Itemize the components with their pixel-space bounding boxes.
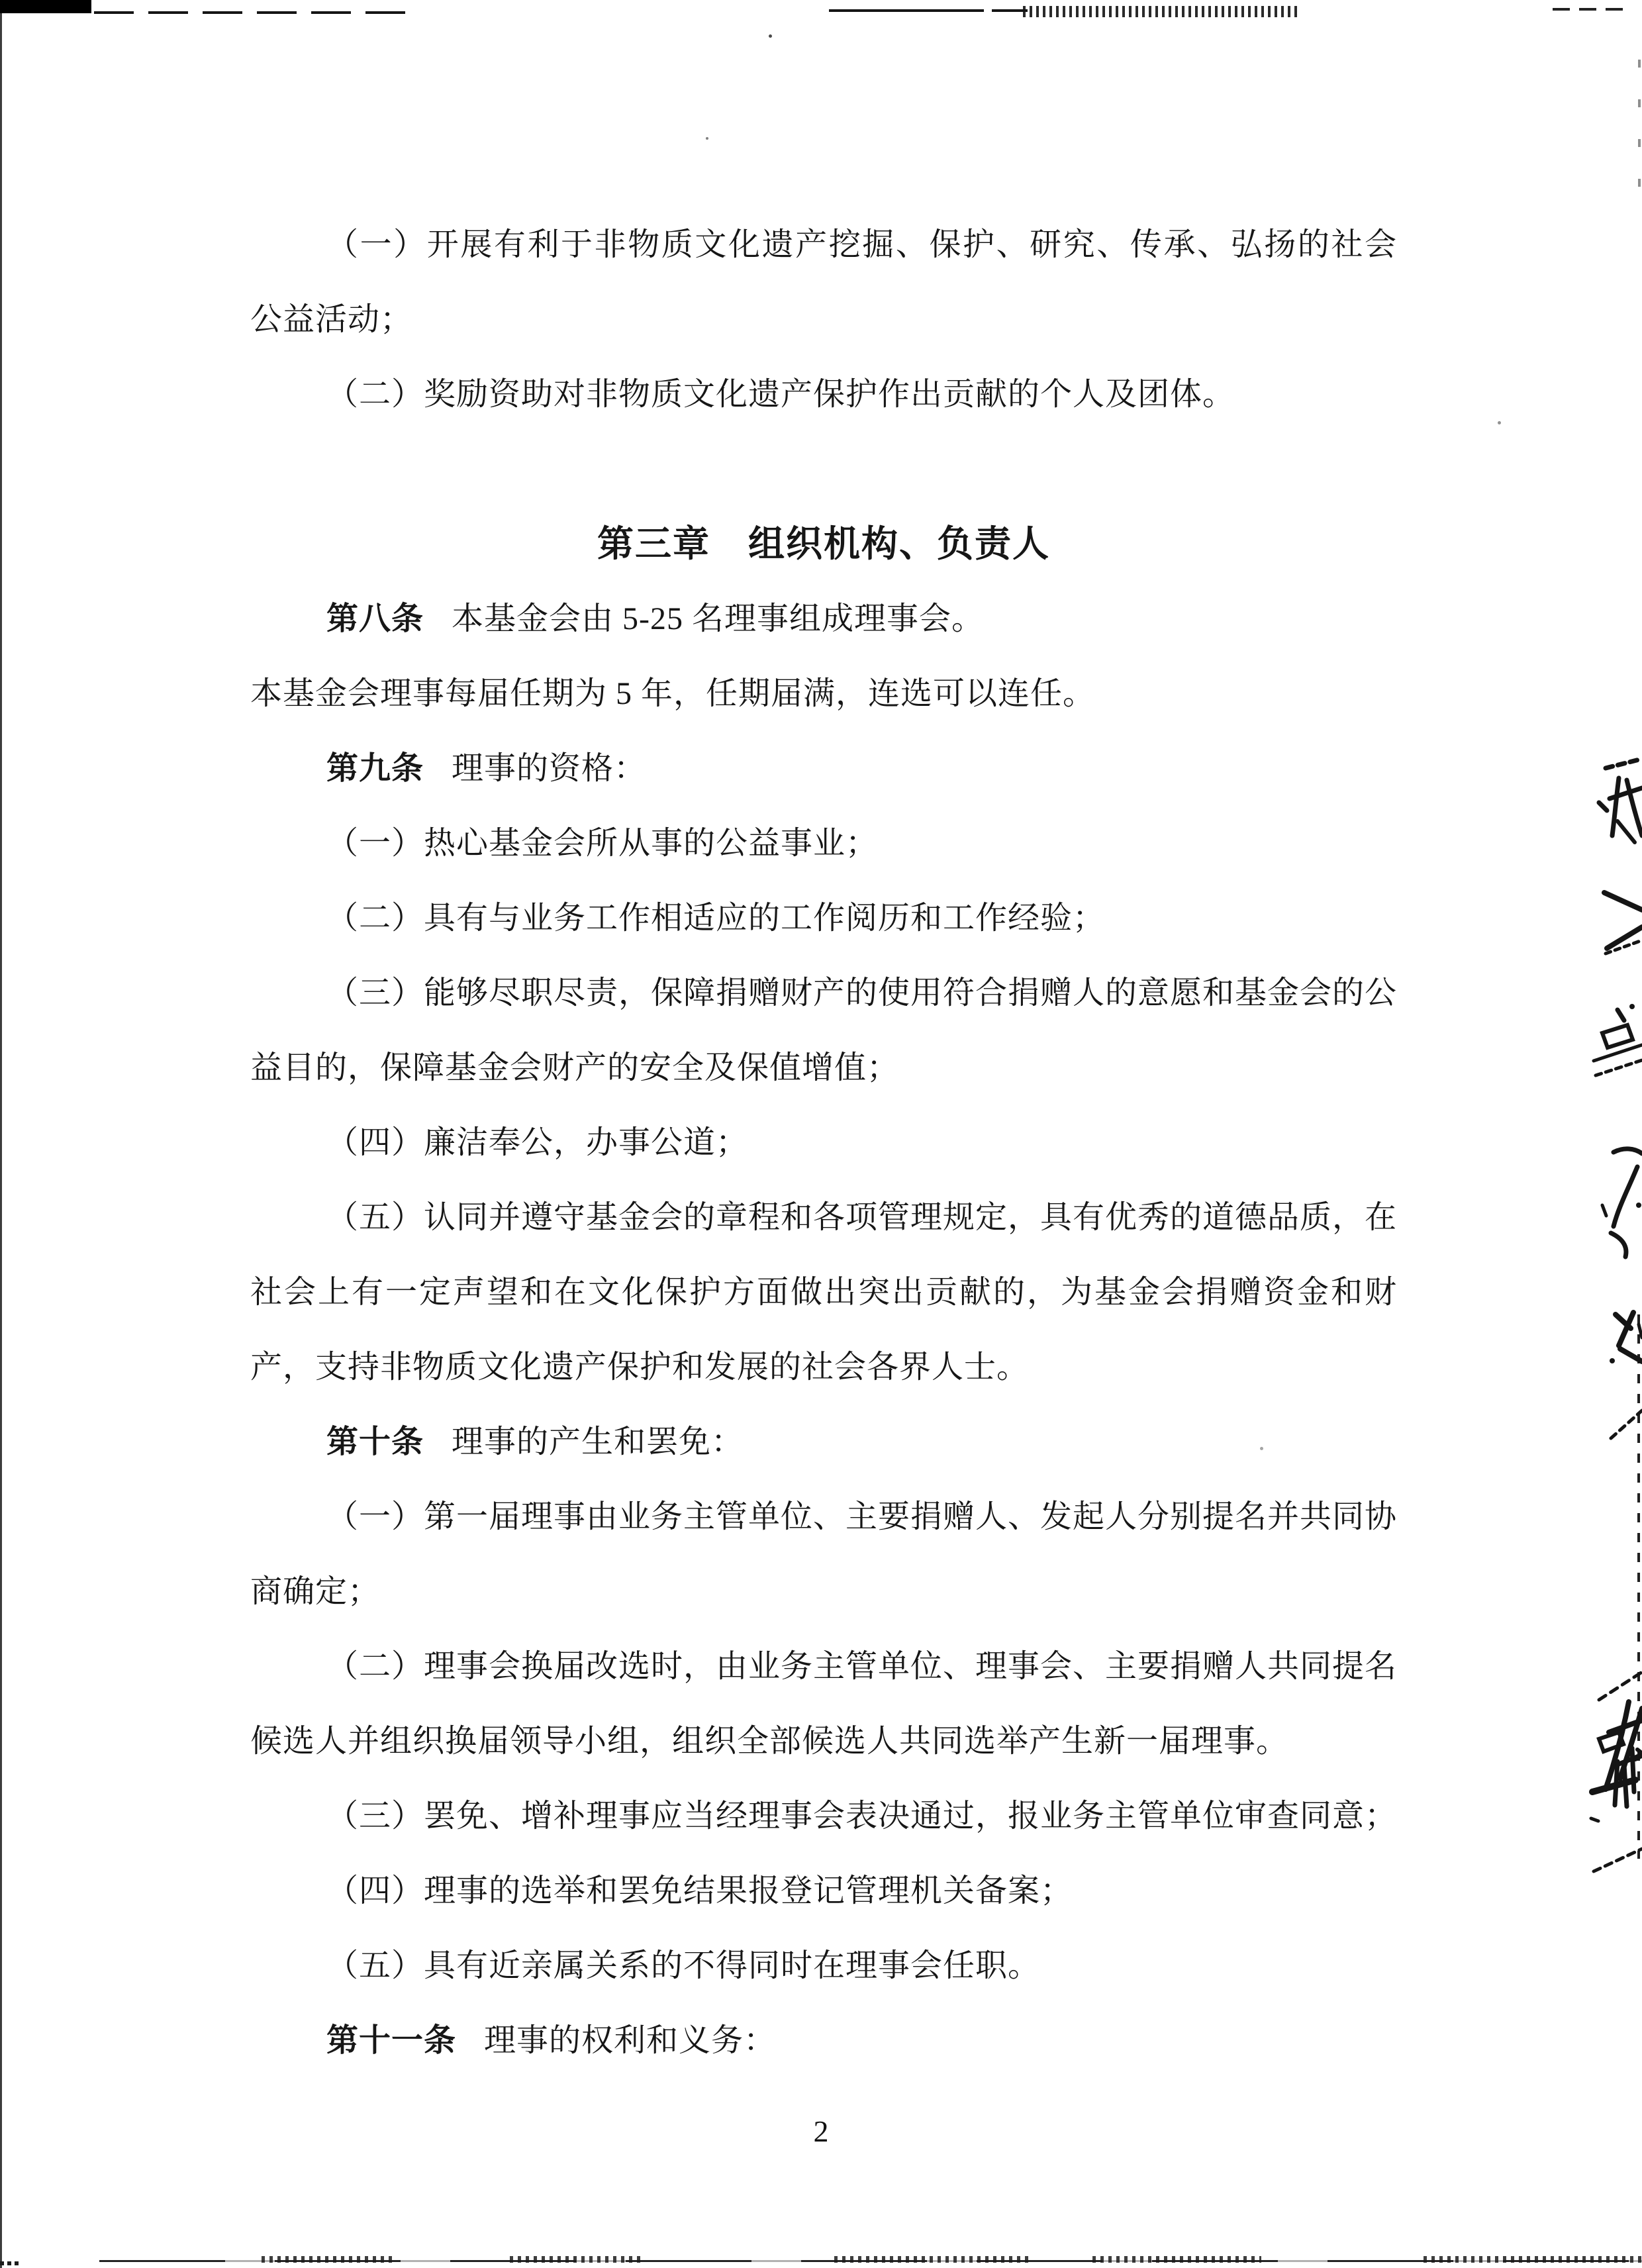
document-body: （一）开展有利于非物质文化遗产挖掘、保护、研究、传承、弘扬的社会公益活动；（二）… <box>250 0 1397 2078</box>
article-line: 第八条本基金会由 5-25 名理事组成理事会。 <box>250 581 1397 656</box>
article-line: 第十条理事的产生和罢免： <box>250 1405 1397 1479</box>
article-number: 第八条 <box>326 601 424 636</box>
article-text: 理事的产生和罢免： <box>452 1424 744 1459</box>
text-line: （二）奖励资助对非物质文化遗产保护作出贡献的个人及团体。 <box>250 357 1397 432</box>
text-line: 本基金会理事每届任期为 5 年，任期届满，连选可以连任。 <box>250 656 1397 731</box>
article-number: 第十条 <box>326 1424 424 1459</box>
text-line: 商确定； <box>250 1554 1397 1629</box>
text-line: 社会上有一定声望和在文化保护方面做出突出贡献的，为基金会捐赠资金和财 <box>250 1255 1397 1330</box>
text-line: 产，支持非物质文化遗产保护和发展的社会各界人士。 <box>250 1330 1397 1405</box>
page-number: 2 <box>0 2114 1642 2149</box>
chapter-heading: 第三章 组织机构、负责人 <box>250 507 1397 581</box>
scanner-bottom-hatch <box>262 2256 394 2263</box>
text-line: 公益活动； <box>250 282 1397 357</box>
text-line: （五）认同并遵守基金会的章程和各项管理规定，具有优秀的道德品质，在 <box>250 1180 1397 1255</box>
handwriting-margin-marks <box>1586 742 1642 1907</box>
article-line: 第十一条理事的权利和义务： <box>250 2003 1397 2078</box>
scanner-bottom-left-marks <box>0 2261 20 2265</box>
text-line: 候选人并组织换届领导小组，组织全部候选人共同选举产生新一届理事。 <box>250 1704 1397 1779</box>
scanned-document-page: { "page": { "number": "2", "background":… <box>0 0 1642 2268</box>
text-line: （四）廉洁奉公，办事公道； <box>250 1105 1397 1180</box>
article-text: 理事的资格： <box>452 751 646 786</box>
text-line: （一）第一届理事由业务主管单位、主要捐赠人、发起人分别提名并共同协 <box>250 1479 1397 1554</box>
text-line: （二）理事会换届改选时，由业务主管单位、理事会、主要捐赠人共同提名 <box>250 1629 1397 1704</box>
text-line: （四）理事的选举和罢免结果报登记管理机关备案； <box>250 1853 1397 1928</box>
article-number: 第九条 <box>326 751 424 786</box>
text-line: （一）开展有利于非物质文化遗产挖掘、保护、研究、传承、弘扬的社会 <box>250 207 1397 282</box>
scanner-bottom-hatch <box>1424 2256 1642 2263</box>
scanner-top-left-black-bar <box>0 0 91 13</box>
article-line: 第九条理事的资格： <box>250 731 1397 806</box>
text-line: （三）能够尽职尽责，保障捐赠财产的使用符合捐赠人的意愿和基金会的公 <box>250 956 1397 1030</box>
scanner-top-right-dashes <box>1553 8 1631 11</box>
article-number: 第十一条 <box>326 2023 456 2058</box>
text-line: （二）具有与业务工作相适应的工作阅历和工作经验； <box>250 881 1397 956</box>
text-line: （五）具有近亲属关系的不得同时在理事会任职。 <box>250 1928 1397 2003</box>
scanner-left-edge-line <box>0 0 2 2268</box>
scanner-bottom-hatch <box>510 2256 642 2263</box>
scanner-right-edge-ticks <box>1638 60 1641 205</box>
speck-artifact <box>1498 421 1501 424</box>
article-text: 本基金会由 5-25 名理事组成理事会。 <box>452 601 984 636</box>
scanner-bottom-hatch <box>1092 2256 1261 2263</box>
text-line: （三）罢免、增补理事应当经理事会表决通过，报业务主管单位审查同意； <box>250 1779 1397 1853</box>
scanner-bottom-hatch <box>834 2256 1033 2263</box>
article-text: 理事的权利和义务： <box>484 2023 776 2058</box>
text-line: （一）热心基金会所从事的公益事业； <box>250 806 1397 881</box>
text-line: 益目的，保障基金会财产的安全及保值增值； <box>250 1030 1397 1105</box>
